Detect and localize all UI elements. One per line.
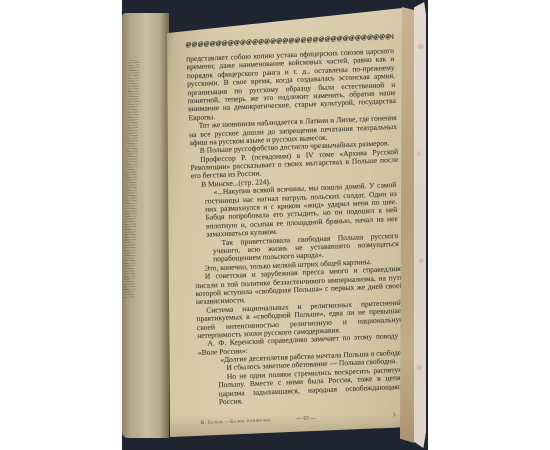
cover-edge bbox=[414, 2, 426, 448]
book-page: @@@@@@@@@@@@@@@@@@@@@@@@@@@@@@@@@@@@@ пр… bbox=[166, 4, 418, 445]
page-text: @@@@@@@@@@@@@@@@@@@@@@@@@@@@@@@@@@@@@ пр… bbox=[185, 33, 408, 423]
book-photo: @@@@@@@@@@@@@@@@@@@@@@@@@@@@@@@@@@@@@ пр… bbox=[122, 0, 428, 450]
screenshot: @@@@@@@@@@@@@@@@@@@@@@@@@@@@@@@@@@@@@ пр… bbox=[0, 0, 550, 450]
paragraph: представляет собою копию устава офицерск… bbox=[186, 47, 397, 122]
paragraphs: представляет собою копию устава офицерск… bbox=[186, 47, 408, 407]
paragraph: «...Накупив всякой всячины, мы пошли дом… bbox=[204, 181, 398, 239]
left-page-text-edge bbox=[124, 60, 140, 298]
footer-sheet-number: 5 bbox=[393, 413, 396, 419]
left-page-edge bbox=[122, 13, 169, 438]
footer-page-number: — 65 — bbox=[296, 416, 316, 423]
page-block-edge bbox=[400, 7, 416, 443]
paragraph: Но не одни поляки стремились воскресить … bbox=[218, 366, 405, 407]
